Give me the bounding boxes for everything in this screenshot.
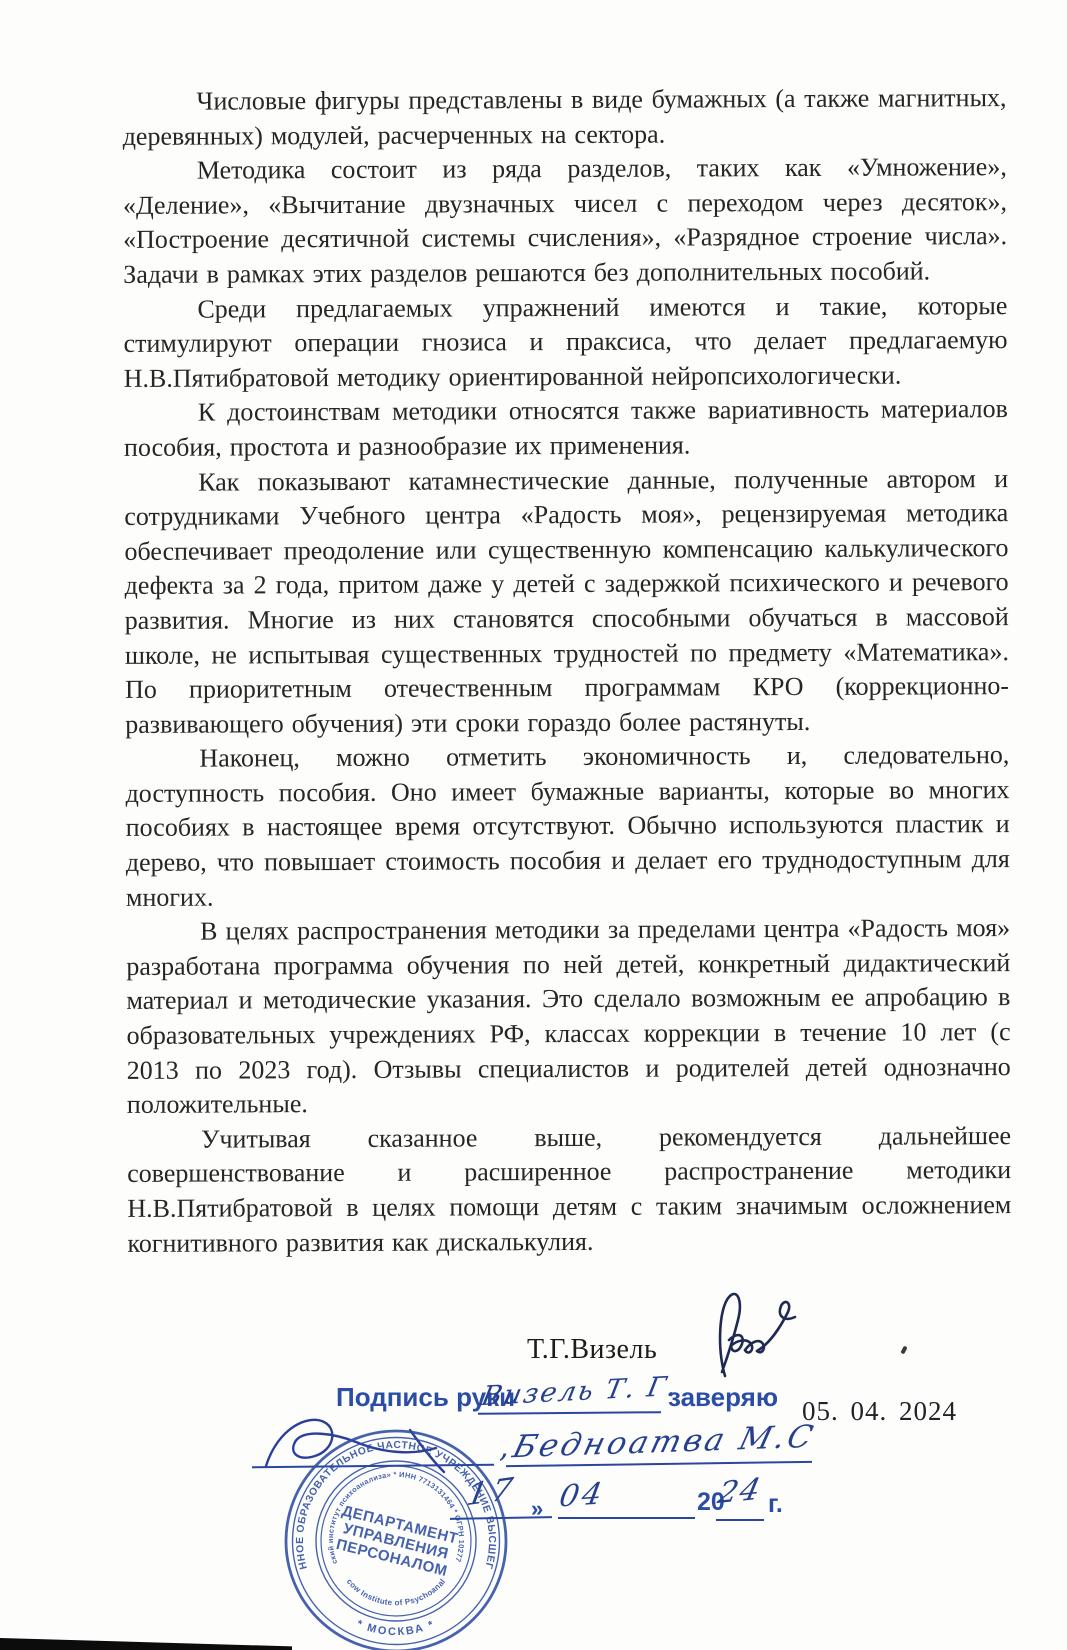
ink-dot bbox=[900, 1346, 907, 1355]
scanned-document-page: Числовые фигуры представлены в виде бума… bbox=[0, 0, 1067, 1650]
paragraph-3: Среди предлагаемых упражнений имеются и … bbox=[123, 289, 1007, 397]
handwritten-name-vizel: Визель Т. Г. bbox=[479, 1371, 681, 1412]
scan-edge-artifact bbox=[0, 1638, 292, 1650]
paragraph-1: Числовые фигуры представлены в виде бума… bbox=[122, 81, 1006, 154]
year-line bbox=[716, 1519, 764, 1521]
handwritten-year: 24 bbox=[715, 1472, 766, 1511]
vizel-handwritten-signature bbox=[695, 1288, 807, 1384]
signature-line-1 bbox=[478, 1411, 661, 1415]
paragraph-7: В целях распространения методики за пред… bbox=[126, 911, 1011, 1122]
reviewer-name: Т.Г.Визель bbox=[527, 1334, 657, 1366]
paragraph-4: К достоинствам методики относятся также … bbox=[124, 392, 1008, 465]
institute-round-stamp: НЕГОСУДАРСТВЕННОЕ ОБРАЗОВАТЕЛЬНОЕ ЧАСТНО… bbox=[283, 1428, 509, 1650]
paragraph-8: Учитывая сказанное выше, рекомендуется д… bbox=[127, 1119, 1012, 1261]
review-text: Числовые фигуры представлены в виде бума… bbox=[122, 81, 1011, 1261]
certification-date: 05. 04. 2024 bbox=[802, 1396, 957, 1427]
handwritten-month: 04 bbox=[557, 1477, 608, 1515]
month-line bbox=[558, 1517, 695, 1519]
paragraph-5: Как показывают катамнестические данные, … bbox=[124, 462, 1009, 743]
year-suffix: г. bbox=[768, 1490, 783, 1519]
paragraph-2: Методика состоит из ряда разделов, таких… bbox=[123, 150, 1008, 292]
paragraph-6: Наконец, можно отметить экономичность и,… bbox=[125, 738, 1010, 915]
handwritten-name-second: Бедноатва М.С bbox=[509, 1419, 819, 1465]
certify-label: заверяю bbox=[668, 1382, 778, 1413]
